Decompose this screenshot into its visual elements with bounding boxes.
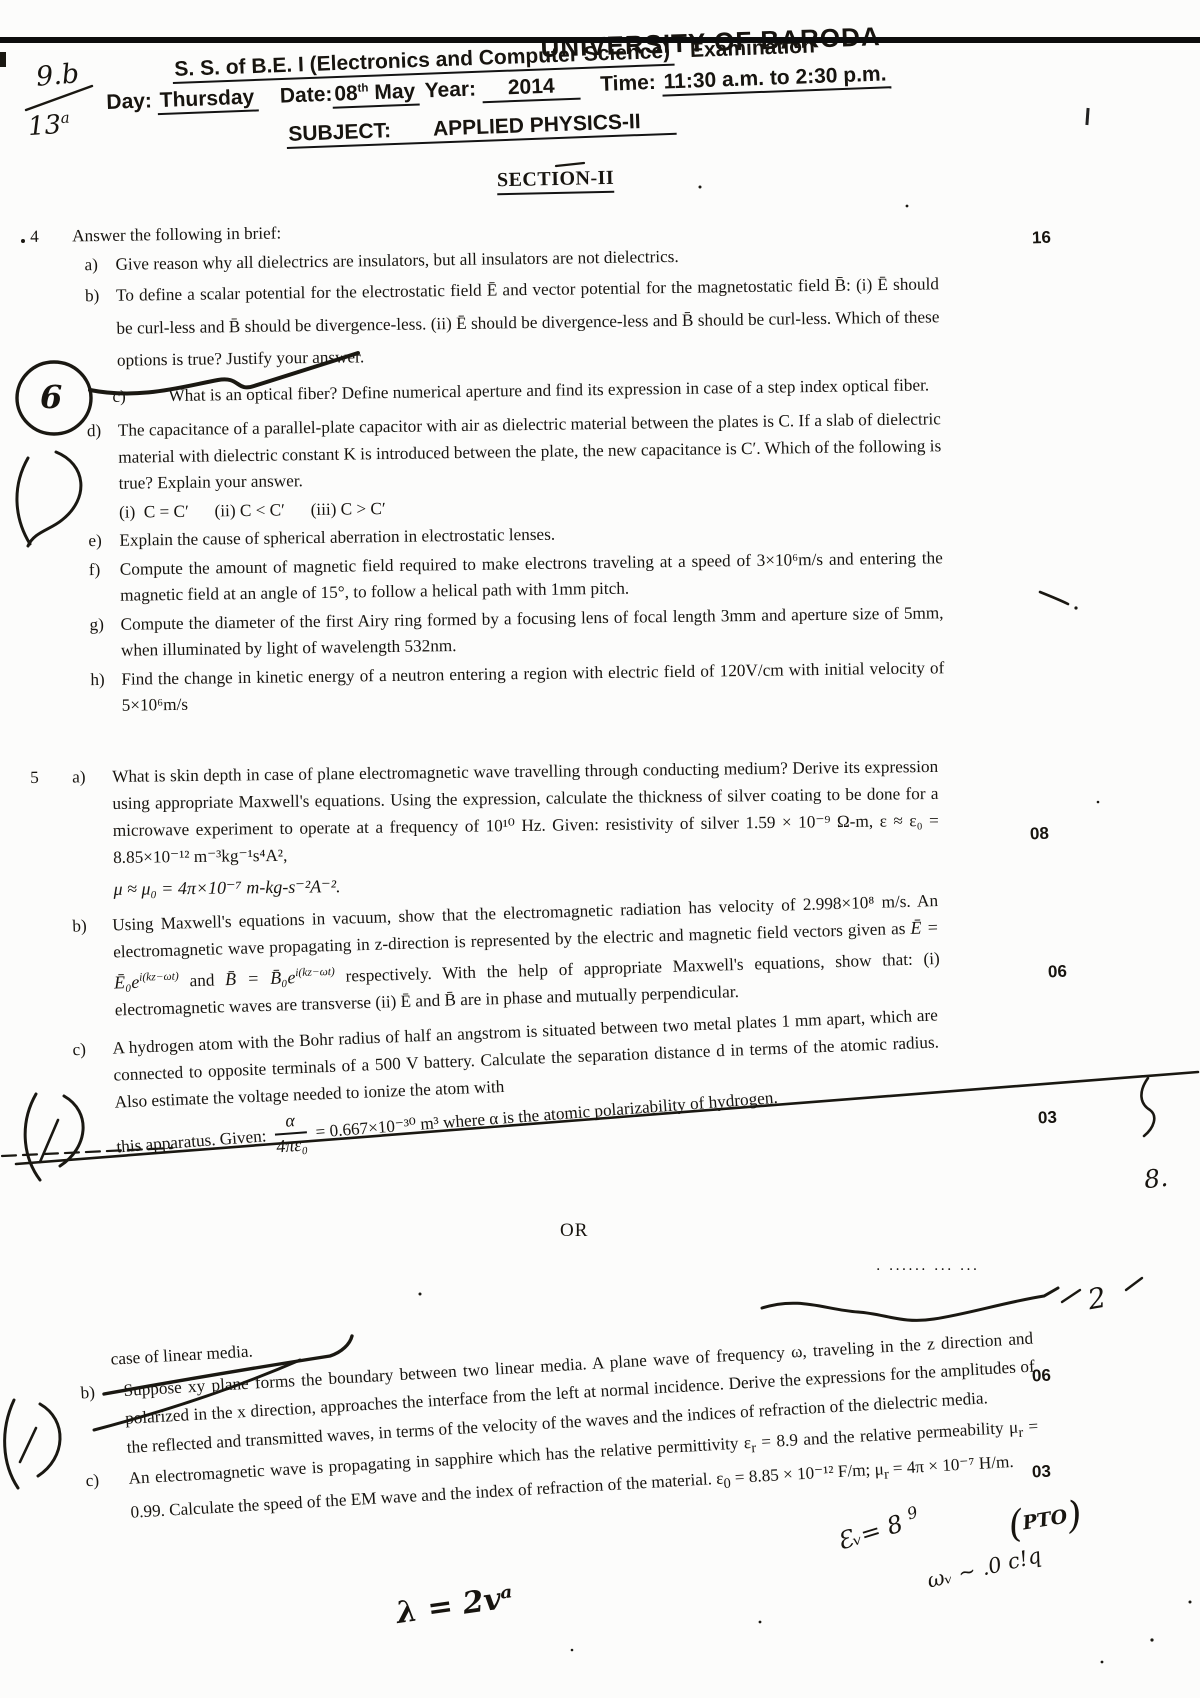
handwritten-epsilon-note: Ɛᵥ= 8 9: [833, 1502, 923, 1555]
q4-item-f: f) Compute the amount of magnetic field …: [89, 545, 944, 610]
handwritten-score-denominator: 13a: [27, 109, 71, 143]
year-label: Year:: [424, 77, 476, 102]
marks-q5or-c: 03: [1032, 1462, 1052, 1483]
handwritten-pto: (PTO): [1005, 1492, 1085, 1546]
handwritten-grade-2: 2: [1085, 1281, 1108, 1317]
question-5: 5 a) What is skin depth in case of plane…: [28, 764, 938, 1173]
q5-b-math-B: B̄ = B̄₀ei(kz−ωt): [225, 966, 335, 989]
subject-line: SUBJECT:APPLIED PHYSICS-II: [286, 109, 677, 147]
handwritten-circle-grade: 6: [40, 378, 62, 416]
right-margin-tick: [1085, 108, 1089, 125]
or-divider: OR: [560, 1220, 588, 1242]
fraction-alpha-over-4pieps0: α 4πε₀: [274, 1109, 309, 1157]
marks-q4: 16: [1032, 228, 1052, 249]
q5-item-c: c) A hydrogen atom with the Bohr radius …: [28, 1001, 943, 1172]
date-label: Date:: [279, 83, 332, 108]
year-value: 2014: [481, 74, 581, 104]
handwritten-mu-note: ωᵥ ~ .0 c!q: [925, 1543, 1044, 1593]
day-value: Thursday: [157, 85, 258, 115]
q4-item-d: d) The capacitance of a parallel-plate c…: [87, 406, 942, 526]
handwritten-dotted-row: · ······ ··· ···: [876, 1262, 979, 1278]
marks-q5or-b: 06: [1032, 1366, 1052, 1387]
q4-number: 4: [28, 223, 72, 250]
q5-number: 5: [28, 763, 74, 904]
orphan-line: case of linear media.: [110, 1338, 254, 1375]
scan-edge-bar: [0, 37, 1200, 43]
marks-q5b: 06: [1048, 962, 1068, 983]
question-4: 4 Answer the following in brief: a) Give…: [28, 211, 945, 720]
marks-q5a: 08: [1030, 824, 1050, 845]
handwritten-score-numerator: 9.b: [35, 58, 81, 93]
section-heading: SECTION-II: [497, 167, 615, 195]
time-value: 11:30 a.m. to 2:30 p.m.: [661, 62, 891, 96]
q5-item-b: b) Using Maxwell's equations in vacuum, …: [28, 887, 941, 1026]
day-label: Day:: [106, 89, 152, 114]
subject: SUBJECT:APPLIED PHYSICS-II: [286, 109, 677, 149]
q4-item-g: g) Compute the diameter of the first Air…: [89, 600, 944, 665]
q4-item-h: h) Find the change in kinetic energy of …: [90, 655, 945, 720]
question-5-or: case of linear media. b) Suppose xy plan…: [70, 1293, 1041, 1536]
handwritten-lambda-note: λ = 2vᵃ: [394, 1580, 515, 1631]
handwritten-grade-8: 8.: [1143, 1163, 1170, 1194]
date-value: 08th May: [332, 80, 420, 109]
marks-q5c: 03: [1038, 1108, 1058, 1129]
q5-item-a: 5 a) What is skin depth in case of plane…: [28, 753, 940, 904]
scanned-exam-page: UNIVERSITY OF BARODA S. S. of B.E. I (El…: [0, 0, 1200, 1698]
q4-item-c: c) What is an optical fiber? Define nume…: [86, 372, 940, 410]
time-label: Time:: [600, 71, 656, 96]
q4-item-b: b) To define a scalar potential for the …: [85, 268, 940, 377]
